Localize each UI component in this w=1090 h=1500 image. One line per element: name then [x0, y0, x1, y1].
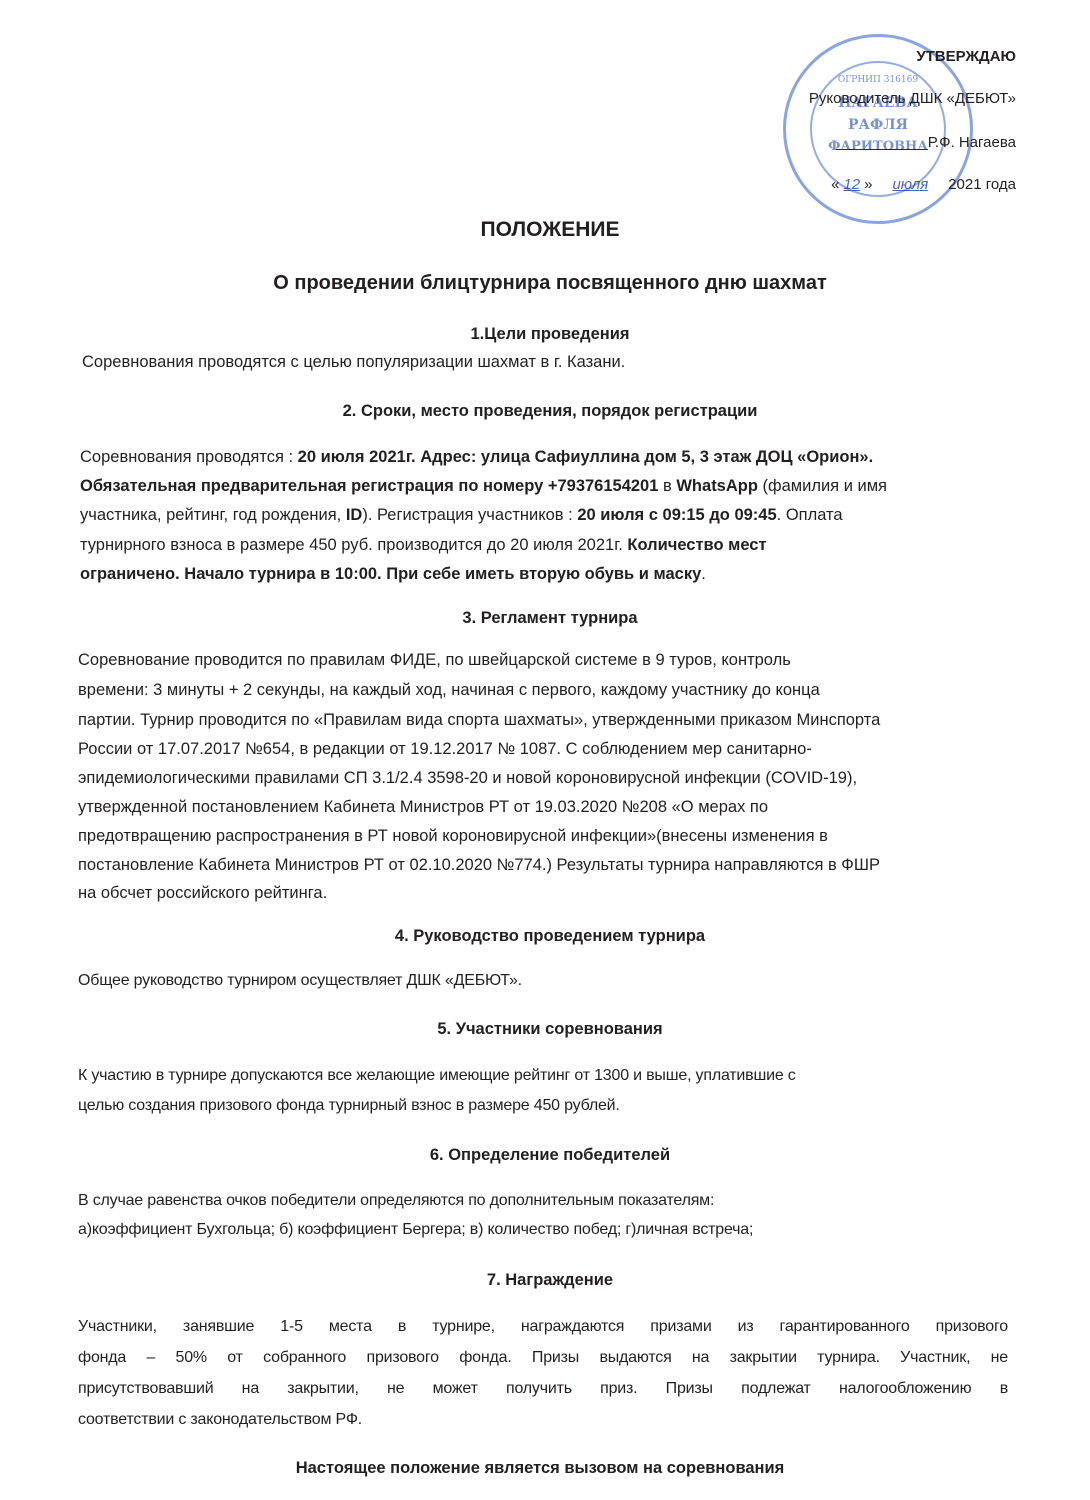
section-text: Соревнования проводятся : 20 июля 2021г.…: [80, 448, 873, 467]
text-run: (фамилия и имя: [758, 477, 887, 495]
document-subtitle: О проведении блицтурнира посвященного дн…: [0, 272, 1090, 295]
text-run-bold: WhatsApp: [676, 477, 758, 495]
section-heading: 6. Определение победителей: [0, 1146, 1090, 1165]
section-text: эпидемиологическими правилами СП 3.1/2.4…: [78, 769, 857, 788]
text-run-bold: ID: [346, 506, 363, 524]
section-text: целью создания призового фонда турнирный…: [78, 1097, 620, 1115]
approval-date: «12»июля2021 года: [831, 176, 1016, 193]
section-text: К участию в турнире допускаются все жела…: [78, 1067, 796, 1085]
signatory-name: Р.Ф. Нагаева: [928, 134, 1016, 151]
section-text: утвержденной постановлением Кабинета Мин…: [78, 798, 768, 817]
text-run-bold: Количество мест: [627, 536, 766, 554]
section-text: Соревнования проводятся с целью популяри…: [82, 353, 625, 372]
section-text: присутствовавший на закрытии, не может п…: [78, 1380, 1008, 1398]
section-heading: 4. Руководство проведением турнира: [0, 927, 1090, 946]
section-text: Участники, занявшие 1-5 места в турнире,…: [78, 1318, 1008, 1336]
approval-title: УТВЕРЖДАЮ: [916, 48, 1016, 65]
approval-signature-line: ___________Р.Ф. Нагаева: [836, 134, 1016, 151]
section-text: участника, рейтинг, год рождения, ID). Р…: [80, 506, 843, 525]
text-run: Соревнования проводятся :: [80, 448, 298, 466]
date-year: 2021 года: [948, 176, 1016, 193]
section-text: Соревнование проводится по правилам ФИДЕ…: [78, 651, 791, 670]
date-month: июля: [872, 176, 948, 193]
document-title: ПОЛОЖЕНИЕ: [0, 218, 1090, 242]
section-text: Общее руководство турниром осуществляет …: [78, 972, 522, 990]
section-heading: 3. Регламент турнира: [0, 609, 1090, 628]
section-heading: 5. Участники соревнования: [0, 1020, 1090, 1039]
section-text: партии. Турнир проводится по «Правилам в…: [78, 711, 880, 730]
section-text: фонда – 50% от собранного призового фонд…: [78, 1349, 1008, 1367]
text-run-bold: ограничено. Начало турнира в 10:00. При …: [80, 565, 701, 583]
approval-block: УТВЕРЖДАЮ Руководитель ДШК «ДЕБЮТ» _____…: [716, 48, 1016, 198]
text-run: в: [658, 477, 676, 495]
text-run: участника, рейтинг, год рождения,: [80, 506, 346, 524]
section-text: турнирного взноса в размере 450 руб. про…: [80, 536, 767, 555]
section-text: на обсчет российского рейтинга.: [78, 884, 327, 903]
section-text: времени: 3 минуты + 2 секунды, на каждый…: [78, 681, 820, 700]
section-text: В случае равенства очков победители опре…: [78, 1192, 714, 1210]
text-run-bold: 20 июля 2021г. Адрес: улица Сафиуллина д…: [298, 448, 874, 466]
section-heading: 2. Сроки, место проведения, порядок реги…: [0, 402, 1090, 421]
section-text: постановление Кабинета Министров РТ от 0…: [78, 856, 880, 875]
closing-statement: Настоящее положение является вызовом на …: [0, 1459, 1080, 1478]
signature-blank: ___________: [836, 134, 928, 151]
text-run: .: [701, 565, 706, 583]
text-run-bold: Обязательная предварительная регистрация…: [80, 477, 658, 495]
section-text: предотвращению распространения в РТ ново…: [78, 827, 828, 846]
section-text: соответствии с законодательством РФ.: [78, 1411, 362, 1429]
date-day: 12: [839, 176, 864, 193]
text-run-bold: 20 июля с 09:15 до 09:45: [577, 506, 776, 524]
approval-position: Руководитель ДШК «ДЕБЮТ»: [809, 90, 1016, 107]
text-run: турнирного взноса в размере 450 руб. про…: [80, 536, 627, 554]
text-run: . Оплата: [777, 506, 843, 524]
text-run: ). Регистрация участников :: [362, 506, 577, 524]
section-heading: 1.Цели проведения: [0, 325, 1090, 344]
section-text: а)коэффициент Бухгольца; б) коэффициент …: [78, 1221, 753, 1239]
section-heading: 7. Награждение: [0, 1271, 1090, 1290]
section-text: ограничено. Начало турнира в 10:00. При …: [80, 565, 706, 584]
section-text: России от 17.07.2017 №654, в редакции от…: [78, 740, 812, 759]
section-text: Обязательная предварительная регистрация…: [80, 477, 887, 496]
